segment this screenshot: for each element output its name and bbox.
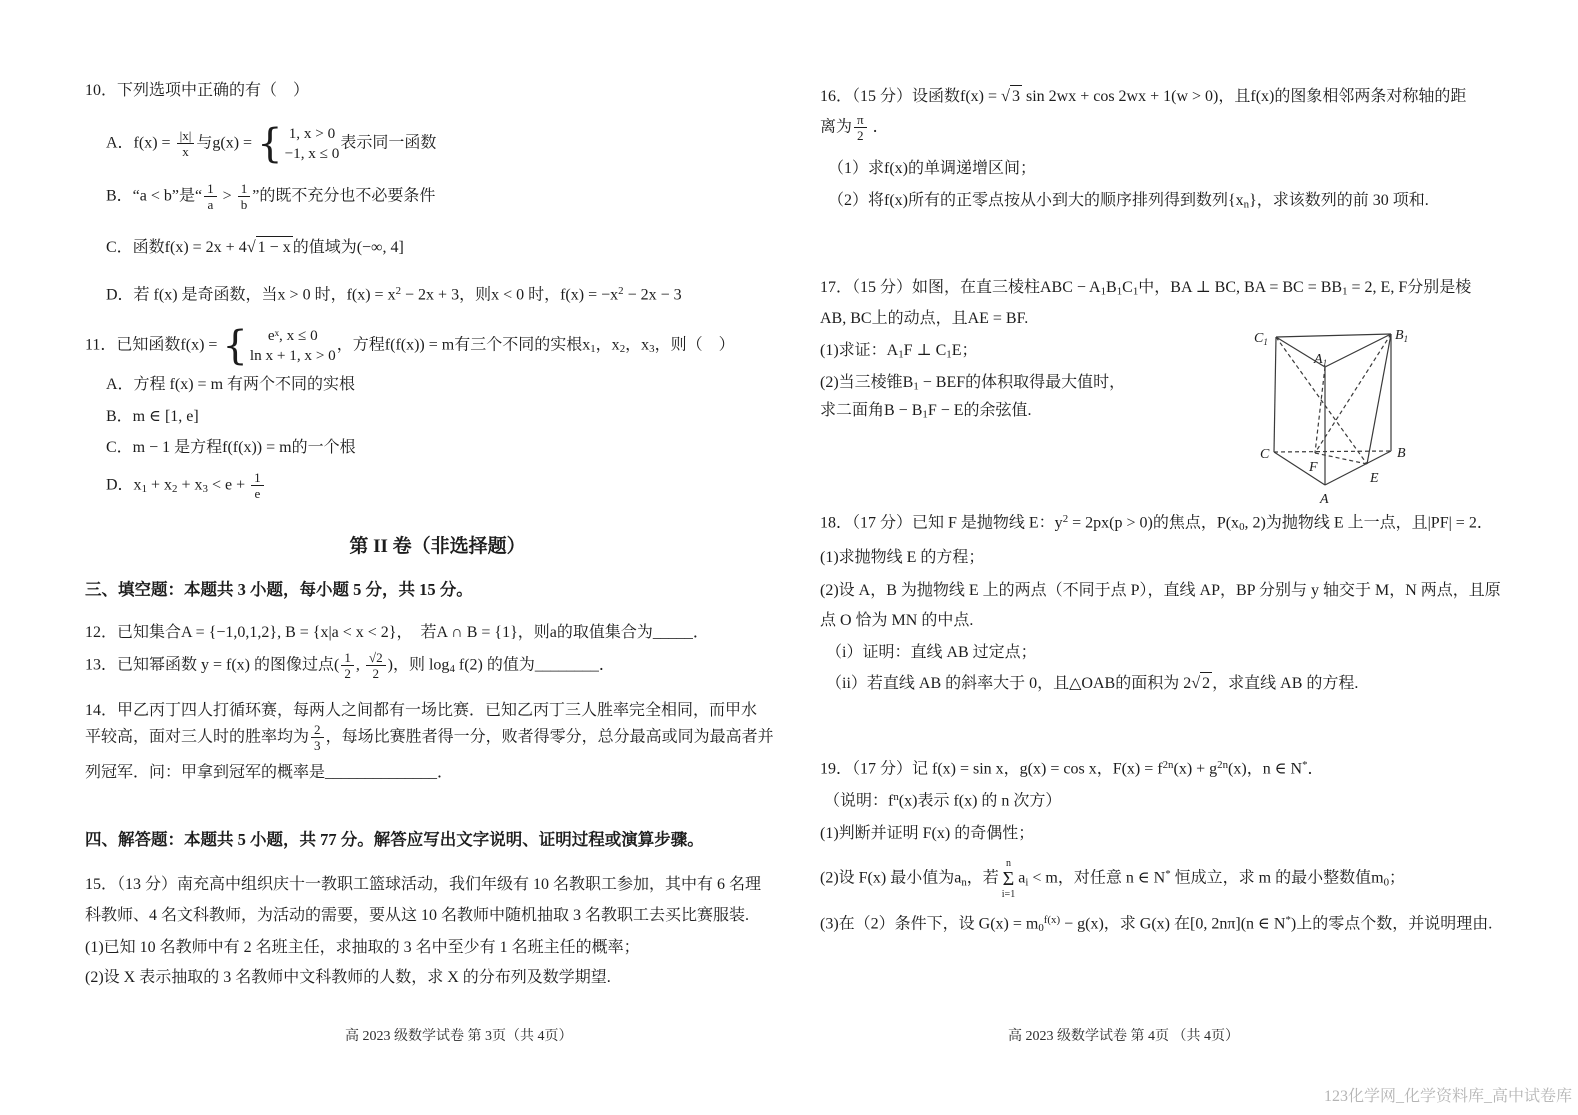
q17-line-3: (1)求证：A1F ⊥ C1E； — [820, 340, 978, 362]
q15-line-4: (2)设 X 表示抽取的 3 名教师中文科教师的人数，求 X 的分布列及数学期望… — [85, 967, 611, 989]
q18-line-3: (2)设 A，B 为抛物线 E 上的两点（不同于点 P），直线 AP，BP 分别… — [820, 580, 1501, 602]
q14-line-3: 列冠军．问：甲拿到冠军的概率是______________． — [85, 762, 453, 784]
q19-line-5: (3)在（2）条件下，设 G(x) = m0f(x) − g(x)，求 G(x)… — [820, 913, 1492, 936]
q13-text: 13．已知幂函数 y = f(x) 的图像过点(12, √22)，则 log4 … — [85, 650, 615, 681]
svg-text:B1: B1 — [1395, 328, 1408, 344]
q16-line-4: （2）将f(x)所有的正零点按从小到大的顺序排列得到数列{xn}，求该数列的前 … — [828, 190, 1429, 212]
svg-text:C: C — [1260, 447, 1270, 462]
q11-option-c: C．m − 1 是方程f(f(x)) = m的一个根 — [106, 437, 356, 459]
q10-option-c: C．函数f(x) = 2x + 4√1 − x的值域为(−∞, 4] — [106, 236, 404, 259]
svg-text:F: F — [1308, 460, 1318, 475]
section-2-title: 第 II 卷（非选择题） — [85, 534, 790, 560]
q12-text: 12．已知集合A = {−1,0,1,2}, B = {x|a < x < 2}… — [85, 622, 709, 644]
page-4-footer: 高 2023 级数学试卷 第 4页 （共 4页） — [1008, 1028, 1239, 1047]
q17-line-1: 17．（15 分）如图，在直三棱柱ABC − A1B1C1中，BA ⊥ BC, … — [820, 277, 1471, 299]
q15-line-1: 15．（13 分）南充高中组织庆十一教职工篮球活动，我们年级有 10 名教职工参… — [85, 874, 761, 896]
q19-line-3: (1)判断并证明 F(x) 的奇偶性； — [820, 823, 1034, 845]
q18-line-2: (1)求抛物线 E 的方程； — [820, 547, 984, 569]
svg-text:A: A — [1319, 492, 1329, 507]
q10-option-a: A．f(x) = |x|x与g(x) = {1, x > 0−1, x ≤ 0表… — [106, 124, 436, 164]
q17-prism-figure: C1B1A1CBFEA — [1228, 316, 1418, 516]
q11-option-d: D．x1 + x2 + x3 < e + 1e — [106, 470, 266, 501]
q18-line-4: 点 O 恰为 MN 的中点. — [820, 610, 973, 632]
q17-line-2: AB, BC上的动点，且AE = BF. — [820, 308, 1028, 330]
page-3-footer: 高 2023 级数学试卷 第 3页（共 4页） — [345, 1028, 573, 1047]
section-3-heading: 三、填空题：本题共 3 小题，每小题 5 分，共 15 分。 — [85, 579, 473, 601]
q16-line-1: 16．（15 分）设函数f(x) = √3 sin 2wx + cos 2wx … — [820, 85, 1466, 108]
q14-line-2: 平较高，面对三人时的胜率均为23，每场比赛胜者得一分，败者得零分，总分最高或同为… — [85, 722, 774, 753]
q18-line-5: （i）证明：直线 AB 过定点； — [826, 642, 1037, 664]
q19-line-1: 19．（17 分）记 f(x) = sin x，g(x) = cos x，F(x… — [820, 758, 1324, 780]
q17-line-4: (2)当三棱锥B1 − BEF的体积取得最大值时， — [820, 372, 1125, 394]
q19-line-4: (2)设 F(x) 最小值为an，若nΣi=1ai < m，对任意 n ∈ N*… — [820, 858, 1405, 900]
svg-text:E: E — [1369, 471, 1379, 486]
q19-line-2: （说明：fn(x)表示 f(x) 的 n 次方） — [824, 790, 1061, 812]
q10-stem: 10．下列选项中正确的有（ ） — [85, 80, 309, 102]
svg-text:B: B — [1397, 446, 1406, 461]
q16-line-2: 离为π2 ． — [820, 112, 889, 143]
q10-option-b: B．“a < b”是“1a > 1b”的既不充分也不必要条件 — [106, 181, 435, 212]
q17-line-5: 求二面角B − B1F − E的余弦值. — [820, 400, 1032, 422]
svg-text:A1: A1 — [1313, 352, 1327, 368]
q14-line-1: 14．甲乙丙丁四人打循环赛，每两人之间都有一场比赛．已知乙丙丁三人胜率完全相同，… — [85, 700, 757, 722]
q15-line-3: (1)已知 10 名教师中有 2 名班主任，求抽取的 3 名中至少有 1 名班主… — [85, 937, 640, 959]
q11-stem: 11．已知函数f(x) = {eˣ, x ≤ 0ln x + 1, x > 0，… — [85, 326, 735, 366]
site-watermark: 123化学网_化学资料库_高中试卷库 — [1310, 1086, 1572, 1108]
q15-line-2: 科教师、4 名文科教师，为活动的需要，要从这 10 名教师中随机抽取 3 名教职… — [85, 905, 749, 927]
q18-line-1: 18．（17 分）已知 F 是抛物线 E：y2 = 2px(p > 0)的焦点，… — [820, 512, 1493, 535]
q18-line-6: （ii）若直线 AB 的斜率大于 0，且△OAB的面积为 2√2，求直线 AB … — [826, 672, 1358, 695]
section-4-heading: 四、解答题：本题共 5 小题，共 77 分。解答应写出文字说明、证明过程或演算步… — [85, 829, 704, 851]
svg-text:C1: C1 — [1254, 331, 1268, 347]
q11-option-b: B．m ∈ [1, e] — [106, 406, 199, 428]
q10-option-d: D．若 f(x) 是奇函数，当x > 0 时，f(x) = x2 − 2x + … — [106, 284, 682, 306]
q16-line-3: （1）求f(x)的单调递增区间； — [828, 158, 1036, 180]
q11-option-a: A．方程 f(x) = m 有两个不同的实根 — [106, 374, 355, 396]
